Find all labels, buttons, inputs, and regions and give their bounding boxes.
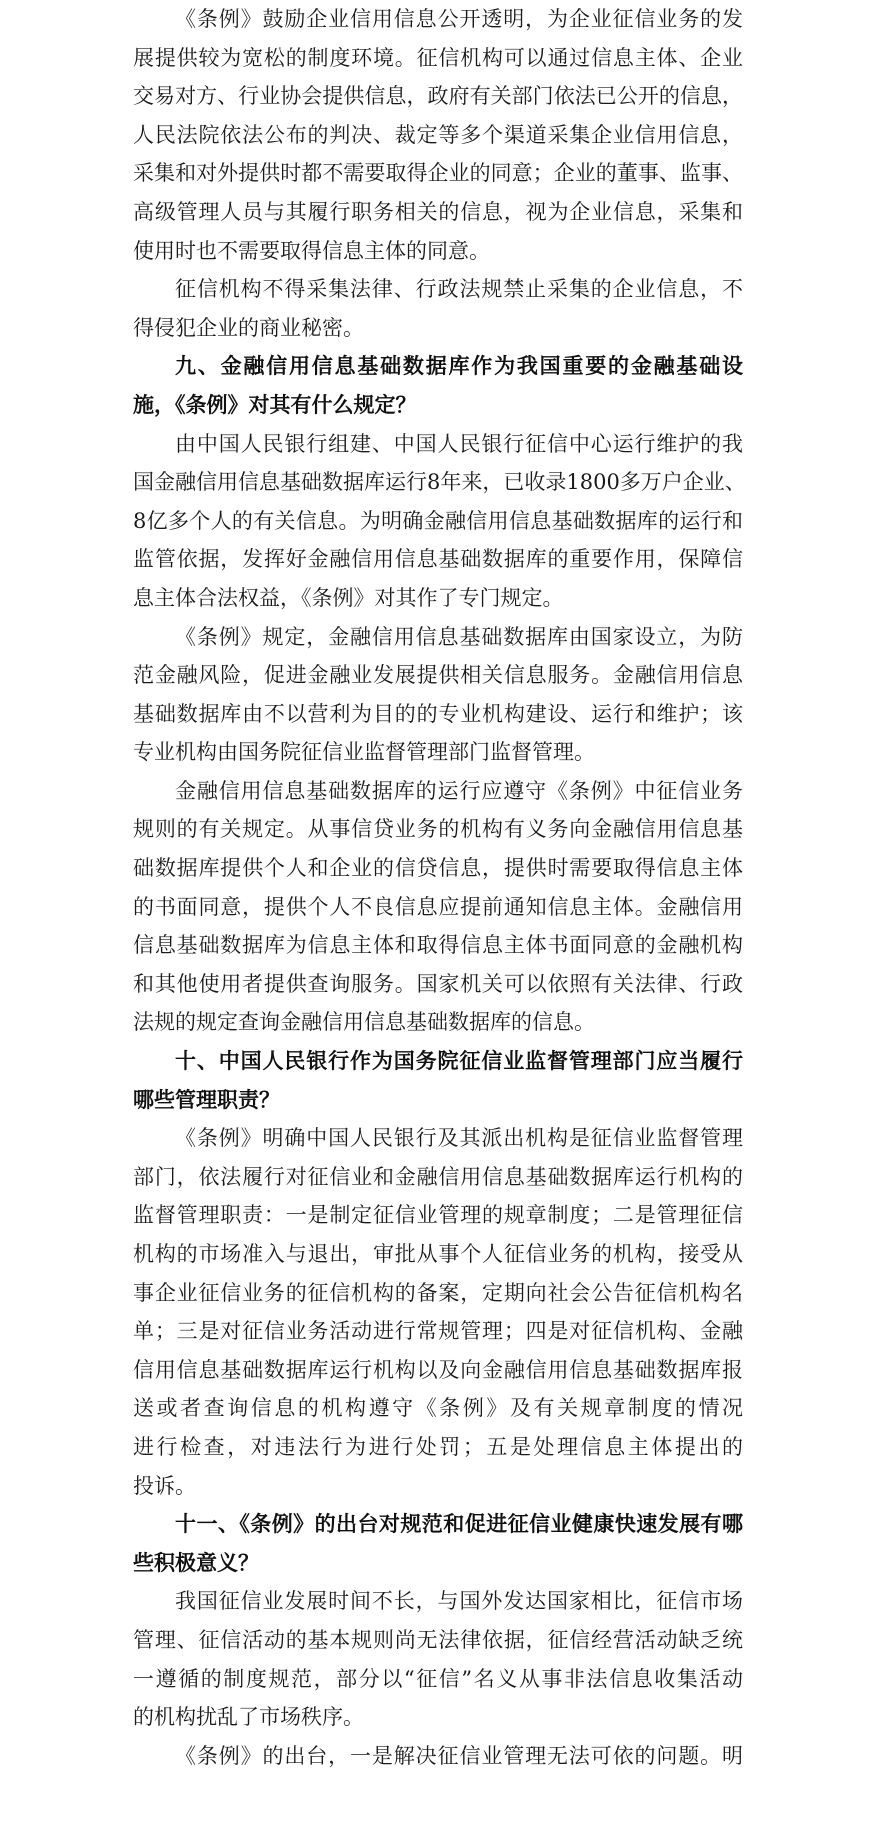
text-line: 机构的市场准入与退出，审批从事个人征信业务的机构，接受从	[133, 1235, 743, 1274]
text-line: 部门，依法履行对征信业和金融信用信息基础数据库运行机构的	[133, 1158, 743, 1197]
text-line: 管理、征信活动的基本规则尚无法律依据，征信经营活动缺乏统	[133, 1621, 743, 1660]
text-line: 进行检查，对违法行为进行处罚；五是处理信息主体提出的	[133, 1428, 743, 1467]
text-line: 监管依据，发挥好金融信用信息基础数据库的重要作用，保障信	[133, 540, 743, 579]
paragraph-database-overview: 由中国人民银行组建、中国人民银行征信中心运行维护的我 国金融信用信息基础数据库运…	[133, 425, 743, 618]
text-line: 基础数据库由不以营利为目的的专业机构建设、运行和维护；该	[133, 695, 743, 734]
paragraph-enterprise-credit-openness: 《条例》鼓励企业信用信息公开透明，为企业征信业务的发 展提供较为宽松的制度环境。…	[133, 0, 743, 270]
text-line: 《条例》明确中国人民银行及其派出机构是征信业监督管理	[133, 1119, 743, 1158]
text-line: 一遵循的制度规范，部分以“征信”名义从事非法信息收集活动	[133, 1660, 743, 1699]
text-line: 得侵犯企业的商业秘密。	[133, 309, 743, 348]
text-line: 征信机构不得采集法律、行政法规禁止采集的企业信息，不	[133, 270, 743, 309]
text-line: 投诉。	[133, 1467, 743, 1506]
text-line: 《条例》的出台，一是解决征信业管理无法可依的问题。明	[133, 1737, 743, 1776]
paragraph-database-establishment: 《条例》规定，金融信用信息基础数据库由国家设立，为防 范金融风险，促进金融业发展…	[133, 618, 743, 772]
text-line: 采集和对外提供时都不需要取得企业的同意；企业的董事、监事、	[133, 154, 743, 193]
paragraph-industry-background: 我国征信业发展时间不长，与国外发达国家相比，征信市场 管理、征信活动的基本规则尚…	[133, 1582, 743, 1736]
paragraph-pboc-duties: 《条例》明确中国人民银行及其派出机构是征信业监督管理 部门，依法履行对征信业和金…	[133, 1119, 743, 1505]
text-line: 信用信息基础数据库运行机构以及向金融信用信息基础数据库报	[133, 1351, 743, 1390]
text-line: 展提供较为宽松的制度环境。征信机构可以通过信息主体、企业	[133, 39, 743, 78]
text-line: 国金融信用信息基础数据库运行8年来，已收录1800多万户企业、	[133, 463, 743, 502]
text-line: 8亿多个人的有关信息。为明确金融信用信息基础数据库的运行和	[133, 502, 743, 541]
text-line: 高级管理人员与其履行职务相关的信息，视为企业信息，采集和	[133, 193, 743, 232]
text-line: 人民法院依法公布的判决、裁定等多个渠道采集企业信用信息，	[133, 116, 743, 155]
text-line: 范金融风险，促进金融业发展提供相关信息服务。金融信用信息	[133, 656, 743, 695]
text-line: 送或者查询信息的机构遵守《条例》及有关规章制度的情况	[133, 1389, 743, 1428]
paragraph-database-operation-rules: 金融信用信息基础数据库的运行应遵守《条例》中征信业务 规则的有关规定。从事信贷业…	[133, 772, 743, 1042]
paragraph-regulation-significance: 《条例》的出台，一是解决征信业管理无法可依的问题。明	[133, 1737, 743, 1776]
text-line: 金融信用信息基础数据库的运行应遵守《条例》中征信业务	[133, 772, 743, 811]
text-line: 单；三是对征信业务活动进行常规管理；四是对征信机构、金融	[133, 1312, 743, 1351]
heading-line: 十一、《条例》的出台对规范和促进征信业健康快速发展有哪	[133, 1505, 743, 1544]
section-heading-9: 九、金融信用信息基础数据库作为我国重要的金融基础设 施，《条例》对其有什么规定？	[133, 347, 743, 424]
text-line: 的机构扰乱了市场秩序。	[133, 1698, 743, 1737]
text-line: 的书面同意，提供个人不良信息应提前通知信息主体。金融信用	[133, 888, 743, 927]
text-line: 事企业征信业务的征信机构的备案，定期向社会公告征信机构名	[133, 1274, 743, 1313]
heading-line: 十、中国人民银行作为国务院征信业监督管理部门应当履行	[133, 1042, 743, 1081]
paragraph-collection-prohibitions: 征信机构不得采集法律、行政法规禁止采集的企业信息，不 得侵犯企业的商业秘密。	[133, 270, 743, 347]
text-line: 息主体合法权益，《条例》对其作了专门规定。	[133, 579, 743, 618]
heading-line: 哪些管理职责？	[133, 1081, 743, 1120]
text-line: 信息基础数据库为信息主体和取得信息主体书面同意的金融机构	[133, 926, 743, 965]
text-line: 使用时也不需要取得信息主体的同意。	[133, 232, 743, 271]
section-heading-10: 十、中国人民银行作为国务院征信业监督管理部门应当履行 哪些管理职责？	[133, 1042, 743, 1119]
document-page: 《条例》鼓励企业信用信息公开透明，为企业征信业务的发 展提供较为宽松的制度环境。…	[133, 0, 743, 1775]
text-line: 《条例》规定，金融信用信息基础数据库由国家设立，为防	[133, 618, 743, 657]
text-line: 交易对方、行业协会提供信息，政府有关部门依法已公开的信息，	[133, 77, 743, 116]
text-line: 法规的规定查询金融信用信息基础数据库的信息。	[133, 1003, 743, 1042]
heading-line: 些积极意义？	[133, 1544, 743, 1583]
text-line: 我国征信业发展时间不长，与国外发达国家相比，征信市场	[133, 1582, 743, 1621]
heading-line: 施，《条例》对其有什么规定？	[133, 386, 743, 425]
text-line: 专业机构由国务院征信业监督管理部门监督管理。	[133, 733, 743, 772]
text-line: 础数据库提供个人和企业的信贷信息，提供时需要取得信息主体	[133, 849, 743, 888]
text-line: 监督管理职责：一是制定征信业管理的规章制度；二是管理征信	[133, 1196, 743, 1235]
text-line: 规则的有关规定。从事信贷业务的机构有义务向金融信用信息基	[133, 810, 743, 849]
text-line: 《条例》鼓励企业信用信息公开透明，为企业征信业务的发	[133, 0, 743, 39]
text-line: 由中国人民银行组建、中国人民银行征信中心运行维护的我	[133, 425, 743, 464]
text-line: 和其他使用者提供查询服务。国家机关可以依照有关法律、行政	[133, 965, 743, 1004]
heading-line: 九、金融信用信息基础数据库作为我国重要的金融基础设	[133, 347, 743, 386]
section-heading-11: 十一、《条例》的出台对规范和促进征信业健康快速发展有哪 些积极意义？	[133, 1505, 743, 1582]
